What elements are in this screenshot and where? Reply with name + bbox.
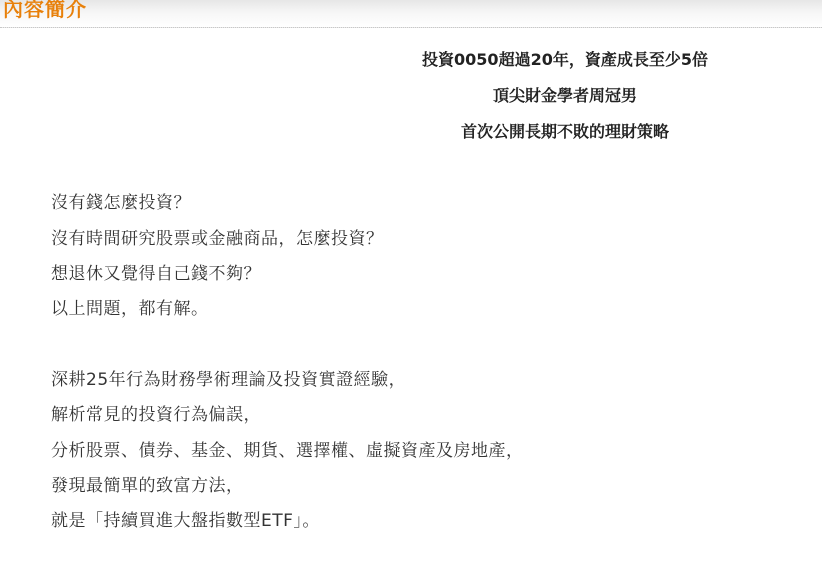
headline-2: 頂尖財金學者周冠男 bbox=[493, 86, 637, 106]
body-line: 分析股票、債券、基金、期貨、選擇權、虛擬資產及房地產， bbox=[51, 441, 524, 461]
headline-1: 投資0050超過20年，資產成長至少5倍 bbox=[422, 50, 708, 70]
body-line: 沒有時間研究股票或金融商品，怎麼投資？ bbox=[51, 229, 384, 249]
section-header: 內容簡介 bbox=[0, 0, 822, 28]
body-line: 解析常見的投資行為偏誤， bbox=[51, 405, 261, 425]
body-line: 沒有錢怎麼投資？ bbox=[51, 193, 191, 213]
body-line: 深耕25年行為財務學術理論及投資實證經驗， bbox=[51, 370, 406, 390]
body-line: 以上問題，都有解。 bbox=[51, 299, 209, 319]
body-line: 發現最簡單的致富方法， bbox=[51, 476, 244, 496]
headline-3: 首次公開長期不敗的理財策略 bbox=[461, 122, 669, 142]
body-line: 想退休又覺得自己錢不夠？ bbox=[51, 264, 261, 284]
body-line: 就是「持續買進大盤指數型ETF」。 bbox=[51, 511, 320, 531]
section-title: 內容簡介 bbox=[3, 0, 87, 23]
